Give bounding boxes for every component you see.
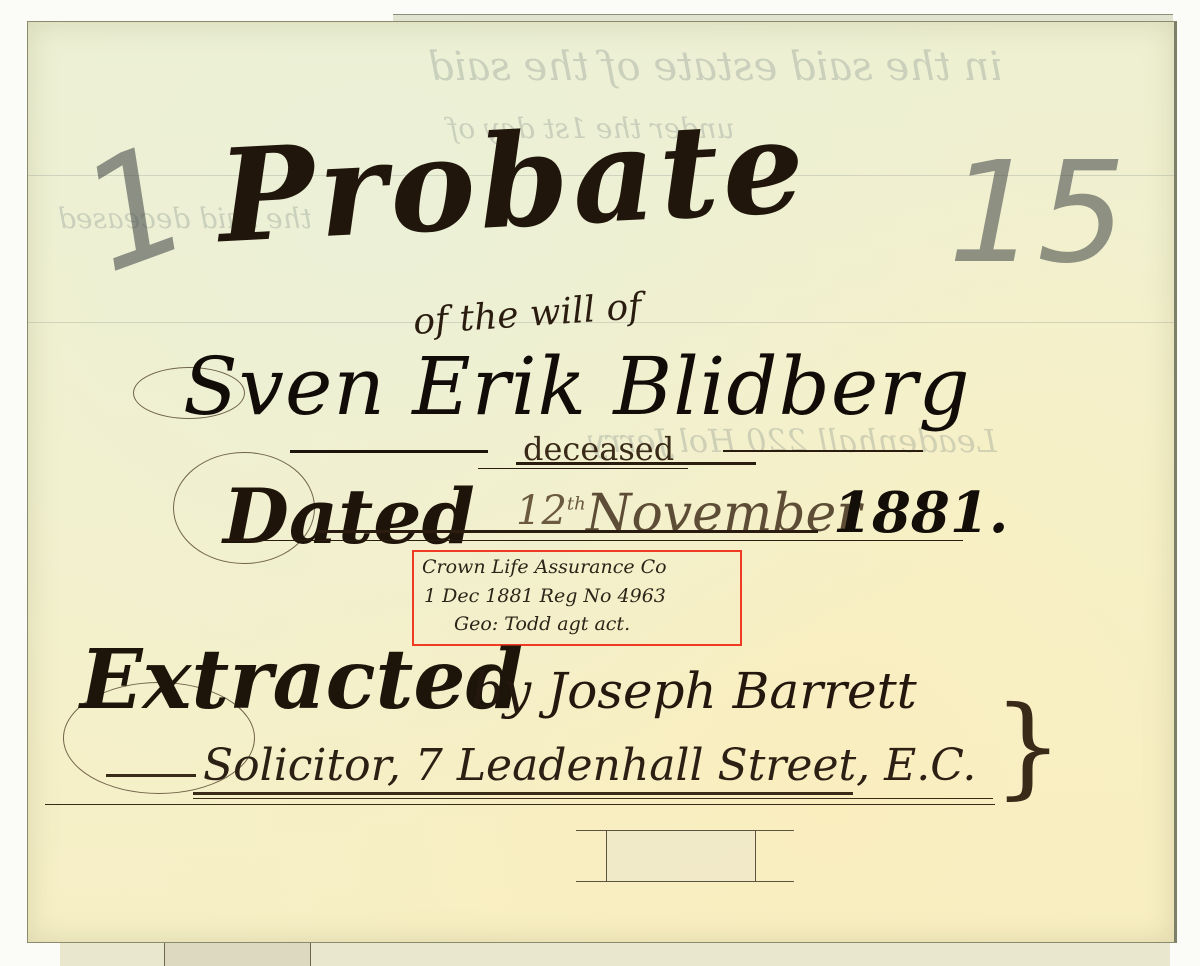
rule-line — [516, 462, 756, 465]
backing-tab — [164, 943, 311, 966]
pencil-mark-right: 15 — [948, 132, 1126, 295]
annotation-line-2: 1 Dec 1881 Reg No 4963 — [424, 585, 666, 607]
dated-day: 12th — [516, 488, 586, 534]
rule-line — [228, 540, 963, 541]
day-number: 12 — [516, 488, 567, 534]
subtitle: of the will of — [412, 286, 643, 343]
rule-line — [193, 792, 853, 795]
rule-line — [106, 774, 196, 777]
solicitor-address: Solicitor, 7 Leadenhall Street, E.C. — [203, 740, 976, 791]
rule-line — [318, 530, 818, 533]
rule-line — [723, 450, 923, 452]
rule-line — [45, 804, 995, 805]
rule-line — [290, 450, 488, 453]
rule-line — [193, 798, 993, 799]
extracted-by: by Joseph Barrett — [471, 662, 917, 720]
testator-name: Sven Erik Blidberg — [183, 340, 971, 433]
rule-line — [478, 468, 688, 469]
bleed-through-text: in the said estate of the said — [428, 44, 1002, 90]
annotation-line-1: Crown Life Assurance Co — [422, 556, 667, 578]
dated-label: Dated — [223, 472, 475, 561]
day-suffix: th — [567, 494, 586, 515]
extracted-label: Extracted — [80, 632, 523, 728]
paper-flap — [576, 830, 794, 882]
dated-month: November — [586, 484, 861, 544]
probate-document: in the said estate of the said under the… — [27, 21, 1177, 943]
paper-flap-tab — [606, 831, 756, 881]
dated-year: 1881. — [833, 480, 1008, 546]
brace-glyph: } — [993, 682, 1063, 810]
document-title: Probate — [214, 92, 811, 273]
bottom-backing-strip — [60, 942, 1170, 966]
